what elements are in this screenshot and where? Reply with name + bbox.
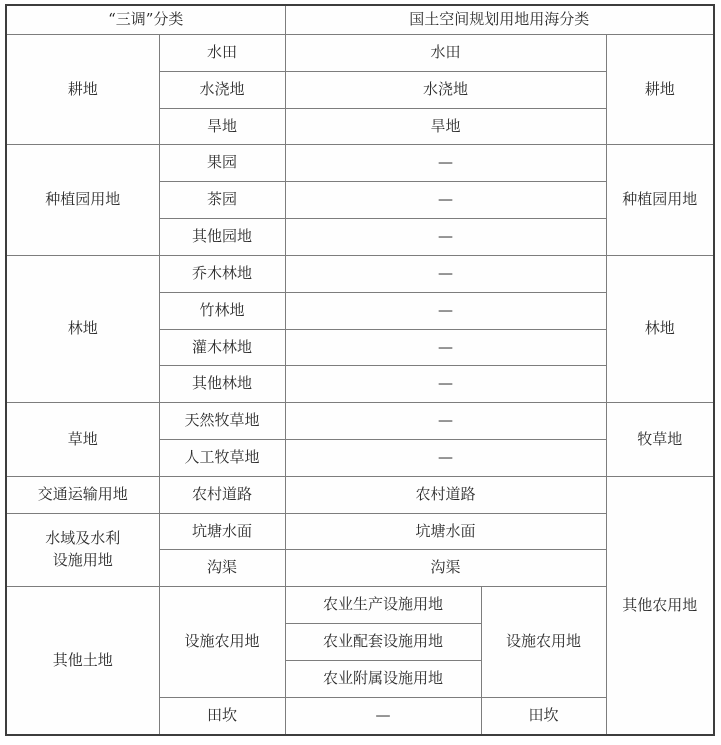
sandiao-subcategory-cell: 乔木林地 bbox=[159, 255, 285, 292]
planning-use-cell: 农村道路 bbox=[285, 476, 606, 513]
sandiao-category-cell: 草地 bbox=[6, 403, 159, 477]
sandiao-category-cell: 其他土地 bbox=[6, 587, 159, 735]
table-row: 草地 天然牧草地 — 牧草地 bbox=[6, 403, 714, 440]
planning-category-cell: 林地 bbox=[606, 255, 714, 402]
planning-use-cell: — bbox=[285, 219, 606, 256]
sandiao-subcategory-cell: 人工牧草地 bbox=[159, 439, 285, 476]
planning-use-cell: 坑塘水面 bbox=[285, 513, 606, 550]
header-planning-category: 国土空间规划用地用海分类 bbox=[285, 5, 714, 35]
planning-use-cell: 水田 bbox=[285, 35, 606, 72]
sandiao-category-cell: 耕地 bbox=[6, 35, 159, 145]
sandiao-category-cell: 水域及水利 设施用地 bbox=[6, 513, 159, 587]
planning-use-cell: — bbox=[285, 329, 606, 366]
planning-use-cell: 农业生产设施用地 bbox=[285, 587, 481, 624]
planning-use-cell: — bbox=[285, 403, 606, 440]
planning-use-cell: 沟渠 bbox=[285, 550, 606, 587]
sandiao-category-cell: 林地 bbox=[6, 255, 159, 402]
sandiao-subcategory-cell: 果园 bbox=[159, 145, 285, 182]
sandiao-subcategory-cell: 其他园地 bbox=[159, 219, 285, 256]
planning-use-cell: 旱地 bbox=[285, 108, 606, 145]
sandiao-subcategory-cell: 田坎 bbox=[159, 697, 285, 735]
sandiao-subcategory-cell: 坑塘水面 bbox=[159, 513, 285, 550]
sandiao-category-cell: 交通运输用地 bbox=[6, 476, 159, 513]
sandiao-subcategory-cell: 设施农用地 bbox=[159, 587, 285, 697]
table-row: 林地 乔木林地 — 林地 bbox=[6, 255, 714, 292]
sandiao-subcategory-cell: 沟渠 bbox=[159, 550, 285, 587]
table-row: 交通运输用地 农村道路 农村道路 其他农用地 bbox=[6, 476, 714, 513]
sandiao-subcategory-cell: 天然牧草地 bbox=[159, 403, 285, 440]
planning-use-cell: — bbox=[285, 145, 606, 182]
sandiao-subcategory-cell: 水田 bbox=[159, 35, 285, 72]
planning-use-cell: — bbox=[285, 439, 606, 476]
header-sandiao-category: “三调”分类 bbox=[6, 5, 285, 35]
planning-category-cell: 耕地 bbox=[606, 35, 714, 145]
sandiao-subcategory-cell: 农村道路 bbox=[159, 476, 285, 513]
table-row: 耕地 水田 水田 耕地 bbox=[6, 35, 714, 72]
sandiao-subcategory-cell: 灌木林地 bbox=[159, 329, 285, 366]
planning-use-cell: — bbox=[285, 292, 606, 329]
sandiao-subcategory-cell: 茶园 bbox=[159, 182, 285, 219]
planning-category-cell: 牧草地 bbox=[606, 403, 714, 477]
planning-use-cell: 农业配套设施用地 bbox=[285, 624, 481, 661]
planning-use-cell: — bbox=[285, 255, 606, 292]
planning-use-cell: 农业附属设施用地 bbox=[285, 660, 481, 697]
sandiao-subcategory-cell: 其他林地 bbox=[159, 366, 285, 403]
sandiao-subcategory-cell: 竹林地 bbox=[159, 292, 285, 329]
sandiao-subcategory-cell: 水浇地 bbox=[159, 71, 285, 108]
sandiao-category-cell: 种植园用地 bbox=[6, 145, 159, 255]
planning-use-cell: — bbox=[285, 697, 481, 735]
planning-use-cell: 水浇地 bbox=[285, 71, 606, 108]
sandiao-subcategory-cell: 旱地 bbox=[159, 108, 285, 145]
planning-use-cell: — bbox=[285, 366, 606, 403]
planning-use-cell: — bbox=[285, 182, 606, 219]
planning-sub-use-cell: 设施农用地 bbox=[481, 587, 606, 697]
table-header-row: “三调”分类 国土空间规划用地用海分类 bbox=[6, 5, 714, 35]
planning-category-cell: 其他农用地 bbox=[606, 476, 714, 735]
planning-sub-use-cell: 田坎 bbox=[481, 697, 606, 735]
planning-category-cell: 种植园用地 bbox=[606, 145, 714, 255]
land-classification-table: “三调”分类 国土空间规划用地用海分类 耕地 水田 水田 耕地 水浇地 水浇地 … bbox=[5, 4, 715, 736]
table-row: 种植园用地 果园 — 种植园用地 bbox=[6, 145, 714, 182]
